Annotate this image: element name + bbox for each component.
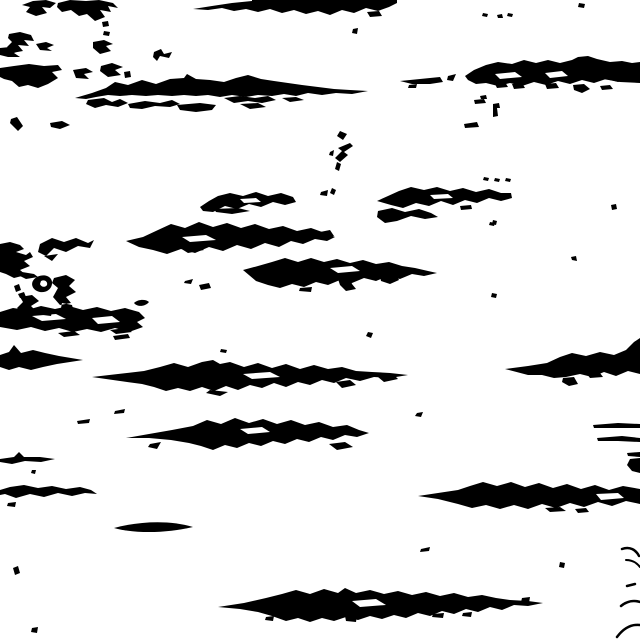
mid-stroke-1 (126, 222, 335, 254)
left-blob-arm (20, 272, 38, 279)
top-left-blob-b (57, 0, 118, 21)
bottom-stroke (218, 588, 543, 622)
right-thin-lines (593, 423, 640, 457)
right-dash (627, 584, 635, 586)
big-stroke-490 (418, 482, 640, 509)
top-left-blob-a (22, 0, 56, 16)
big-stroke-490-bits (545, 507, 589, 513)
ticks-below-streak (10, 117, 70, 131)
squiggle (329, 131, 353, 162)
lens-stroke (114, 522, 193, 532)
ring-cluster (32, 275, 52, 292)
left-spike-stroke (0, 345, 83, 370)
right-curl-c (621, 601, 640, 606)
thin-stroke-488 (0, 470, 97, 507)
right-curl-b (626, 560, 640, 567)
cluster-b-lower (377, 208, 438, 223)
right-curl-a (622, 548, 639, 556)
top-edge-stroke (193, 0, 397, 15)
long-mid-stroke (92, 360, 408, 391)
right-edge-blob (627, 458, 640, 473)
main-top-stroke (75, 74, 368, 99)
streak-bits (73, 63, 131, 79)
grunge-texture-canvas (0, 0, 640, 640)
top-left-bits (36, 40, 113, 54)
small-marks-right-upper (464, 95, 500, 128)
small-oval (134, 300, 149, 306)
cluster-b-main (377, 187, 512, 208)
right-curl-d (617, 625, 640, 637)
bottom-left-band (0, 306, 145, 332)
left-blob (0, 242, 33, 278)
top-right-tail (400, 74, 456, 88)
wavy-piece (38, 238, 94, 261)
x-mark (153, 49, 172, 61)
marks-283 (184, 279, 211, 290)
left-streak (0, 64, 62, 88)
right-mid-stroke (505, 338, 640, 378)
left-ticks (14, 284, 26, 298)
thin-line-bottom-left (0, 452, 55, 464)
top-right-stroke (465, 56, 640, 86)
cluster-a-lip (214, 208, 250, 214)
top-left-dots (102, 21, 110, 36)
main-top-stroke-fringe (86, 96, 304, 112)
grunge-texture-svg (0, 0, 640, 640)
stroke-420-bits (77, 409, 423, 450)
